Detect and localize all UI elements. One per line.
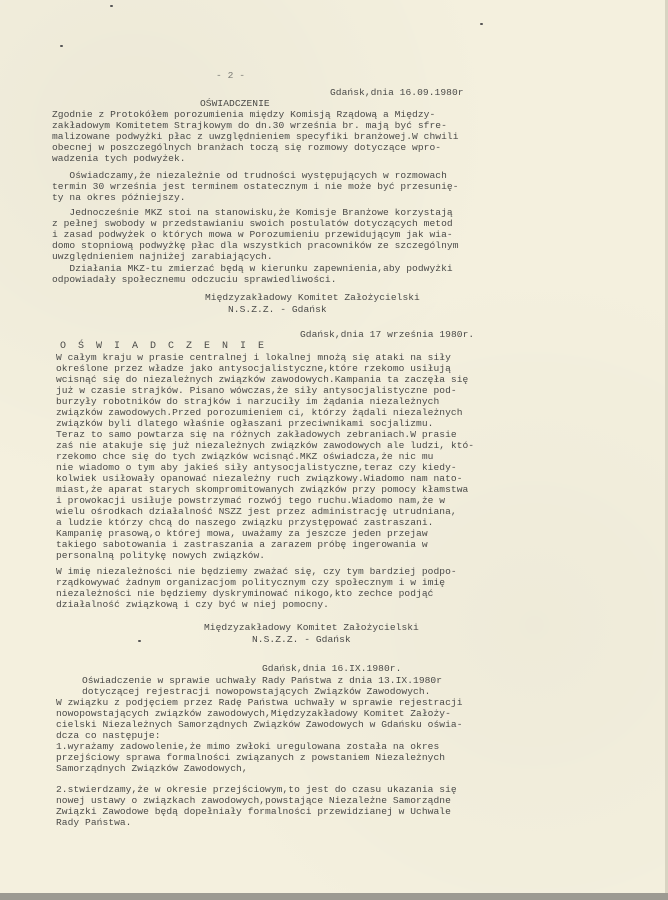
text-line: W całym kraju w prasie centralnej i loka…: [56, 352, 451, 363]
section3-title-line-2: dotyczącej rejestracji nowopowstających …: [82, 686, 430, 697]
text-line: miast,że aparat starych skompromitowanyc…: [56, 484, 468, 495]
text-line: zaś nie atakuje się już niezależnych zwi…: [56, 440, 474, 451]
text-line: Jednocześnie MKZ stoi na stanowisku,że K…: [52, 207, 453, 218]
text-line: wielu ośrodkach działalność NSZZ jest pr…: [56, 506, 457, 517]
section3-title-line-1: Oświadczenie w sprawie uchwały Rady Pańs…: [82, 675, 442, 686]
section2-signature-place: N.S.Z.Z. - Gdańsk: [252, 634, 351, 645]
text-line: malizowane podwyżki płac z uwzględnienie…: [52, 131, 459, 142]
text-line: odpowiadały społecznemu odczuciu sprawie…: [52, 274, 337, 285]
text-line: z pełnej swobody w przedstawianiu swoich…: [52, 218, 453, 229]
text-line: i prowokacji usiłuje powstrzymać rozwój …: [56, 495, 445, 506]
text-line: 1.wyrażamy zadowolenie,że mimo zwłoki ur…: [56, 741, 439, 752]
text-line: i zasad podwyżek o których mowa w Porozu…: [52, 229, 453, 240]
paper-speck: [138, 640, 141, 642]
text-line: rządkowywać żadnym organizacjom politycz…: [56, 577, 445, 588]
text-line: takiego sabotowania i zastraszania a zar…: [56, 539, 428, 550]
page-number: - 2 -: [216, 70, 245, 81]
text-line: niezależności nie będziemy dyskryminować…: [56, 588, 433, 599]
text-line: obecnej w poszczególnych branżach toczą …: [52, 142, 441, 153]
text-line: Samorządnych Związków Zawodowych,: [56, 763, 248, 774]
text-line: Związki Zawodowe będą dopełniały formaln…: [56, 806, 451, 817]
text-line: związków zawodowych.Przed porozumieniem …: [56, 407, 463, 418]
section2-title: O Ś W I A D C Z E N I E: [60, 341, 267, 352]
section2-signature-org: Międzyzakładowy Komitet Założycielski: [204, 622, 419, 633]
paper-speck: [110, 5, 113, 7]
text-line: W imię niezależności nie będziemy zważać…: [56, 566, 457, 577]
text-line: personalną politykę nowych związków.: [56, 550, 265, 561]
section1-date: Gdańsk,dnia 16.09.1980r: [330, 87, 464, 98]
paper-speck: [480, 23, 483, 25]
text-line: W związku z podjęciem przez Radę Państwa…: [56, 697, 463, 708]
text-line: kolwiek usiłowały opanować niezależny ru…: [56, 473, 463, 484]
section1-signature-place: N.S.Z.Z. - Gdańsk: [228, 304, 327, 315]
section1-signature-org: Międzyzakładowy Komitet Założycielski: [205, 292, 420, 303]
text-line: Teraz to samo powtarza się na różnych za…: [56, 429, 457, 440]
text-line: Zgodnie z Protokółem porozumienia między…: [52, 109, 435, 120]
text-line: działalność związkową i czy być w niej p…: [56, 599, 329, 610]
text-line: nie wiadomo o tym aby jakieś siły antyso…: [56, 462, 457, 473]
text-line: burzyły robotników do strajków i narzuci…: [56, 396, 439, 407]
text-line: ty na okres późniejszy.: [52, 192, 186, 203]
section3-date: Gdańsk,dnia 16.IX.1980r.: [262, 663, 401, 674]
text-line: Kampanię prasową,o której mowa, uważamy …: [56, 528, 428, 539]
text-line: termin 30 września jest terminem ostatec…: [52, 181, 459, 192]
text-line: a ludzie którzy chcą do naszego związku …: [56, 517, 433, 528]
section1-title: OŚWIADCZENIE: [200, 98, 270, 109]
text-line: wadzenia tych podwyżek.: [52, 153, 186, 164]
text-line: zakładowym Komitetem Strajkowym do dn.30…: [52, 120, 447, 131]
text-line: nowej ustawy o związkach zawodowych,pows…: [56, 795, 451, 806]
text-line: Rady Państwa.: [56, 817, 132, 828]
scan-bottom-border: [0, 893, 668, 900]
text-line: już w czasie strajków. Pisano wówczas,że…: [56, 385, 457, 396]
text-line: domo stopniową podwyżkę płac dla wszystk…: [52, 240, 459, 251]
text-line: określone przez władze jako antysocjalis…: [56, 363, 451, 374]
text-line: rzekomo chce się do tych związków wcisną…: [56, 451, 433, 462]
text-line: Działania MKZ-tu zmierzać będą w kierunk…: [52, 263, 453, 274]
text-line: 2.stwierdzamy,że w okresie przejściowym,…: [56, 784, 457, 795]
text-line: dcza co następuje:: [56, 730, 161, 741]
text-line: cielski Niezależnych Samorządnych Związk…: [56, 719, 463, 730]
text-line: wcisnąć się do niezależnych związków zaw…: [56, 374, 468, 385]
section2-date: Gdańsk,dnia 17 września 1980r.: [300, 329, 474, 340]
text-line: Oświadczamy,że niezależnie od trudności …: [52, 170, 447, 181]
text-line: związków byli dlatego właśnie ogłaszani …: [56, 418, 433, 429]
text-line: nowopowstających związków zawodowych,Mię…: [56, 708, 451, 719]
document-page: - 2 - Gdańsk,dnia 16.09.1980r OŚWIADCZEN…: [0, 0, 668, 893]
paper-speck: [60, 45, 63, 47]
text-line: uwzględnieniem najniżej zarabiających.: [52, 251, 273, 262]
text-line: przejściowy sprawa formalności związanyc…: [56, 752, 445, 763]
